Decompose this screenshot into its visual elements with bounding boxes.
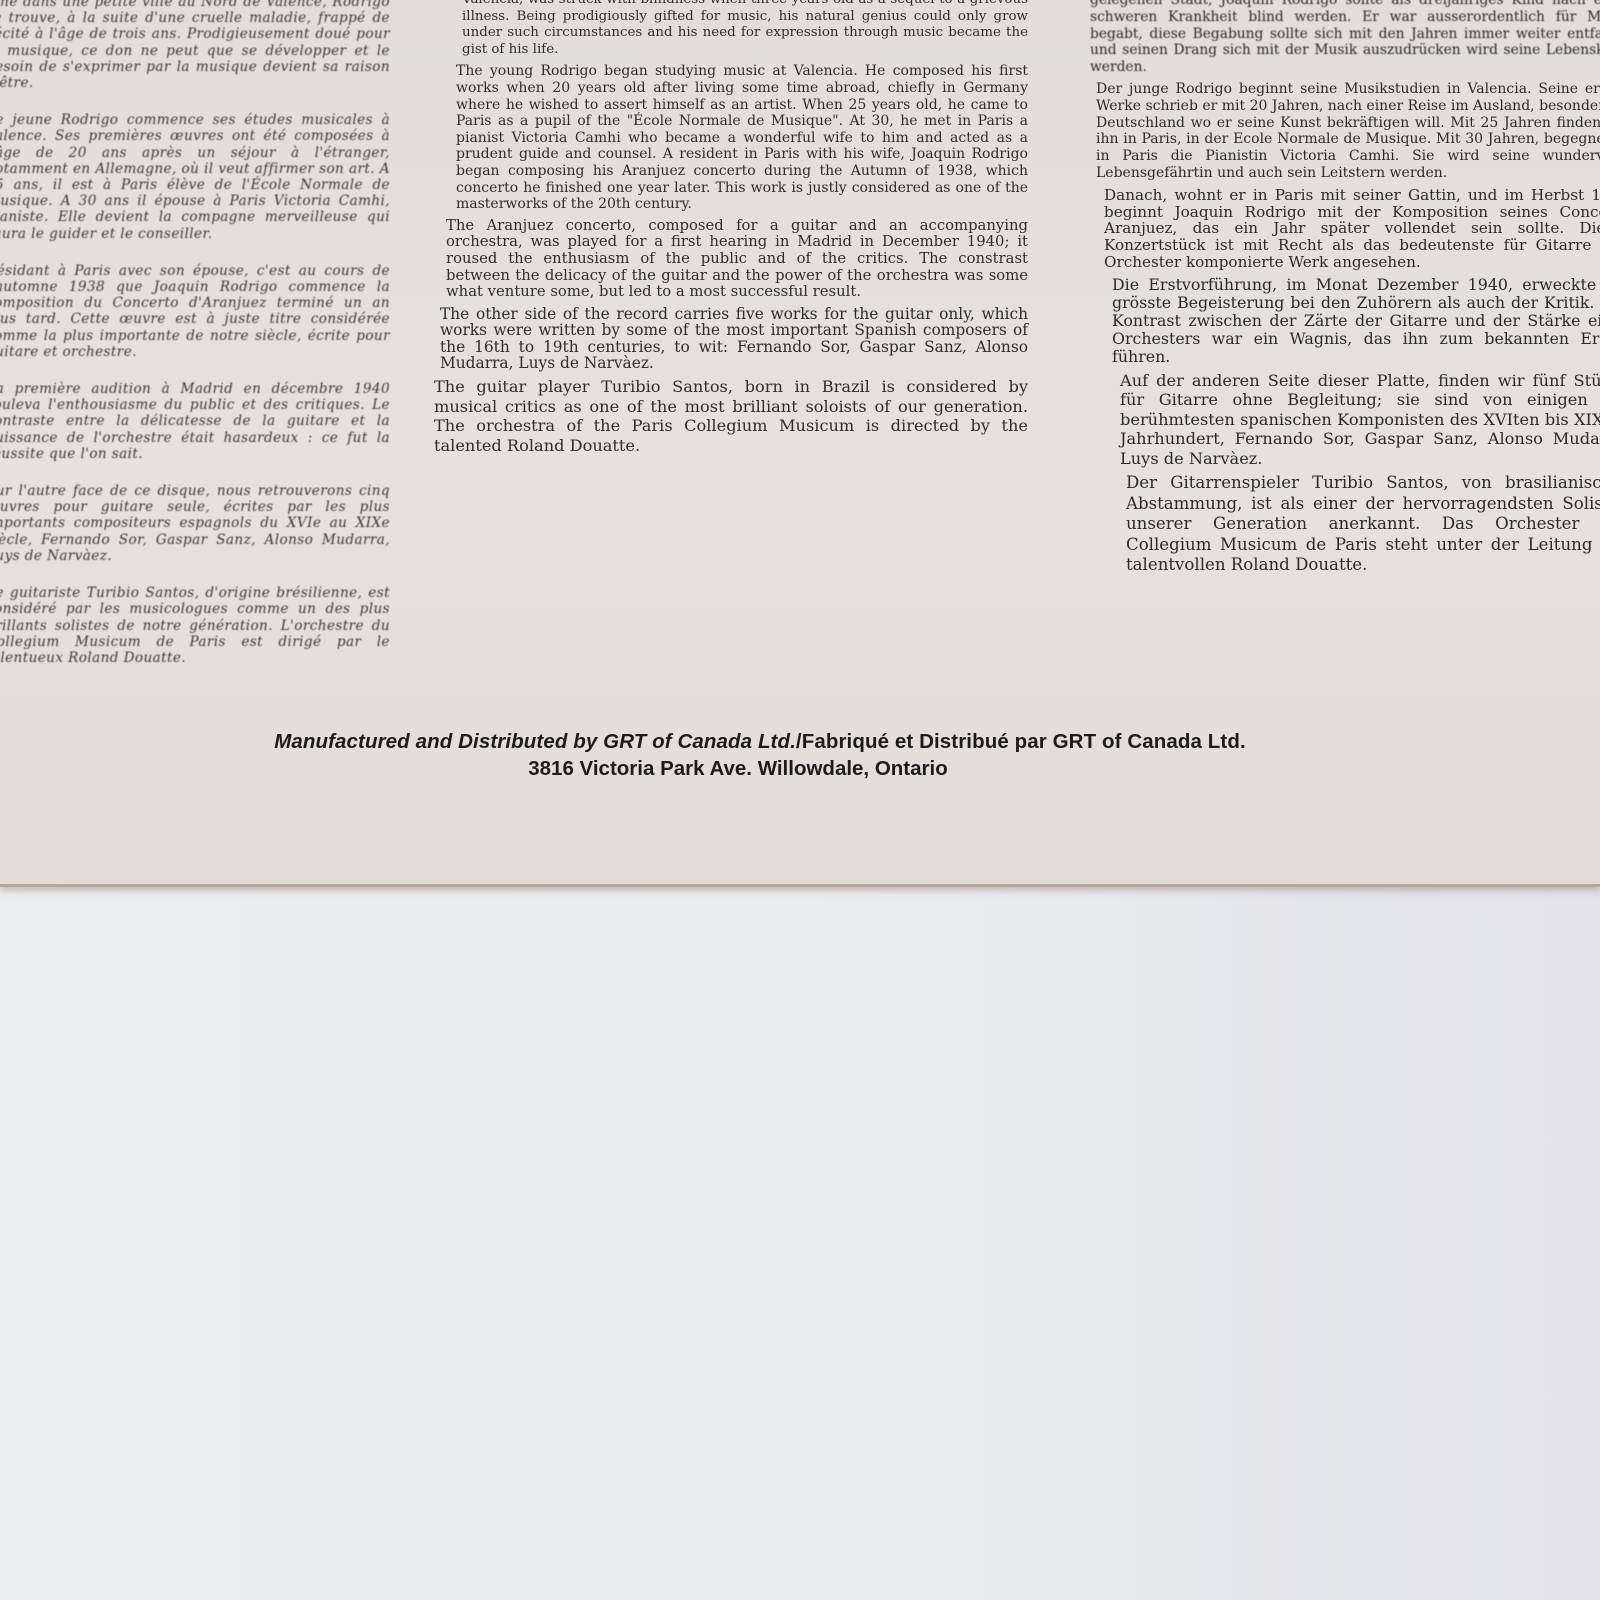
french-paragraph: Le guitariste Turibio Santos, d'origine … [0,585,390,666]
distributor-credit-french: Fabriqué et Distribué par GRT of Canada … [802,730,1246,753]
german-paragraph: Auf der anderen Seite dieser Platte, fin… [1090,371,1600,469]
distributor-address: 3816 Victoria Park Ave. Willowdale, Onta… [0,757,1488,781]
distributor-credit: Manufactured and Distributed by GRT of C… [10,730,1510,754]
german-paragraph: Danach, wohnt er in Paris mit seiner Gat… [1090,187,1600,271]
german-paragraph: Der Gitarrenspieler Turibio Santos, von … [1090,473,1600,576]
french-paragraph: ...né dans une petite ville au Nord de V… [0,0,390,91]
french-paragraph: Sur l'autre face de ce disque, nous retr… [0,483,390,564]
french-paragraph: Sa première audition à Madrid en décembr… [0,381,390,462]
english-paragraph: The guitar player Turibio Santos, born i… [432,377,1028,455]
french-paragraph: Résidant à Paris avec son épouse, c'est … [0,263,390,360]
english-paragraph: Valencia, was struck with blindness when… [432,0,1028,58]
record-sleeve-back: ...né dans une petite ville au Nord de V… [0,0,1600,887]
english-paragraph: The other side of the record carries fiv… [432,306,1028,372]
english-paragraph: The young Rodrigo began studying music a… [432,63,1028,212]
german-paragraph: Der junge Rodrigo beginnt seine Musikstu… [1090,81,1600,182]
distributor-credit-english: Manufactured and Distributed by GRT of C… [274,730,796,753]
german-paragraph: gelegenen Stadt, Joaquin Rodrigo sollte … [1090,0,1600,76]
french-paragraph: Le jeune Rodrigo commence ses études mus… [0,112,390,242]
french-liner-notes: ...né dans une petite ville au Nord de V… [0,0,390,687]
german-liner-notes: gelegenen Stadt, Joaquin Rodrigo sollte … [1090,0,1600,581]
english-liner-notes: Valencia, was struck with blindness when… [432,0,1028,460]
german-paragraph: Die Erstvorführung, im Monat Dezember 19… [1090,276,1600,366]
english-paragraph: The Aranjuez concerto, composed for a gu… [432,218,1028,301]
